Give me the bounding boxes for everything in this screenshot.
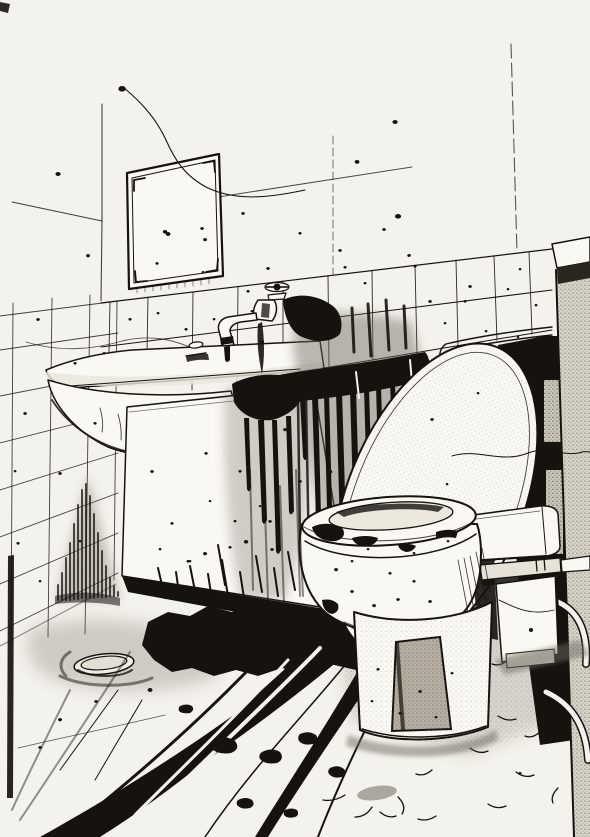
wall-crack-line	[26, 338, 190, 349]
gray-droplet	[356, 783, 398, 802]
left-corner-shadow-bar	[7, 555, 14, 798]
corner-mark	[0, 2, 10, 13]
manga-panel: Black-and-white manga panel: blood-spatt…	[0, 0, 590, 837]
wall-smear	[55, 475, 120, 606]
mirror	[127, 154, 223, 293]
bathroom-illustration	[0, 0, 590, 837]
